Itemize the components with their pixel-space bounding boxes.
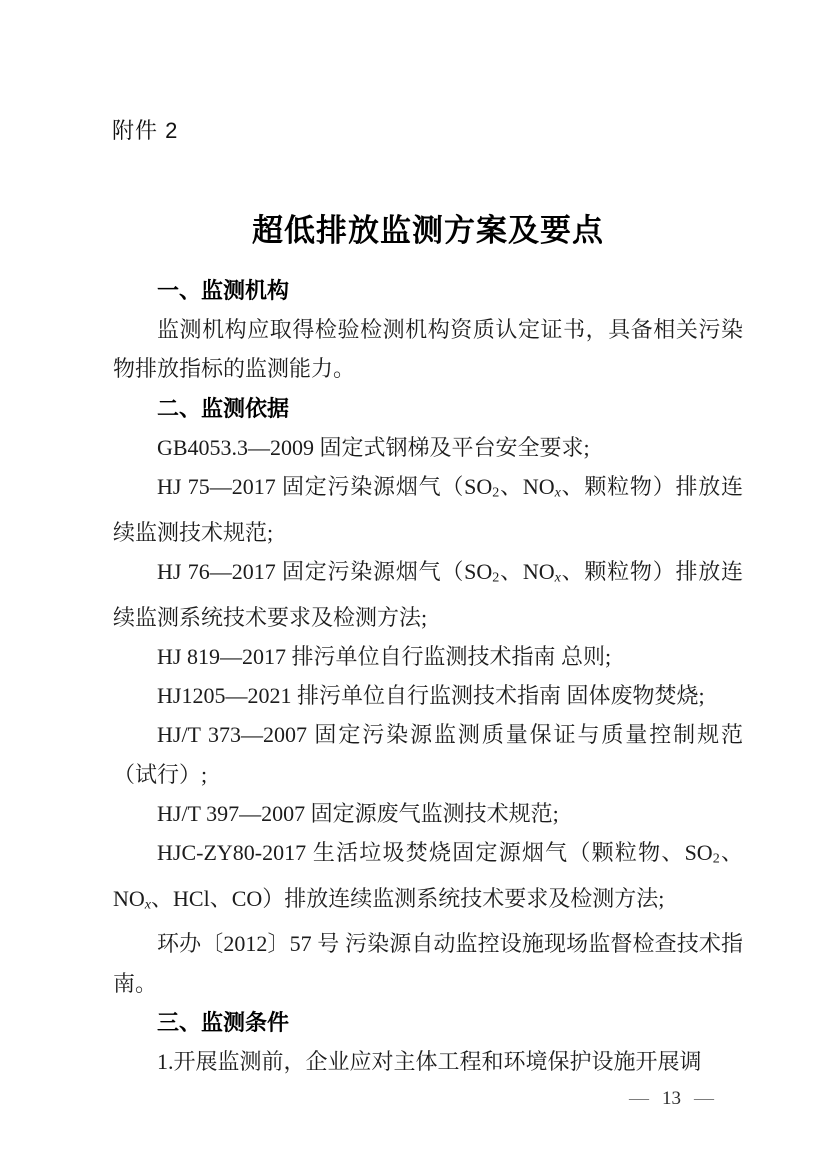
paragraph: 监测机构应取得检验检测机构资质认定证书，具备相关污染物排放指标的监测能力。 (113, 310, 743, 388)
page-number-dash-right: — (694, 1087, 714, 1110)
attachment-label: 附件 2 (112, 114, 178, 145)
page-number-dash-left: — (629, 1087, 649, 1110)
paragraph: HJ 76—2017 固定污染源烟气（SO2、NOx、颗粒物）排放连续监测系统技… (113, 552, 743, 637)
paragraph: HJ1205—2021 排污单位自行监测技术指南 固体废物焚烧; (113, 676, 743, 715)
section-heading: 二、监测依据 (113, 389, 743, 428)
page-title: 超低排放监测方案及要点 (98, 205, 758, 250)
paragraph: HJ 819—2017 排污单位自行监测技术指南 总则; (113, 637, 743, 676)
paragraph: 1.开展监测前，企业应对主体工程和环境保护设施开展调 (113, 1042, 743, 1081)
paragraph: HJ 75—2017 固定污染源烟气（SO2、NOx、颗粒物）排放连续监测技术规… (113, 467, 743, 552)
section-heading: 三、监测条件 (113, 1003, 743, 1042)
paragraph: HJ/T 373—2007 固定污染源监测质量保证与质量控制规范（试行）; (113, 715, 743, 793)
page-number: — 13 — (629, 1087, 714, 1110)
paragraph: 环办〔2012〕57 号 污染源自动监控设施现场监督检查技术指南。 (113, 924, 743, 1002)
document-body: 一、监测机构监测机构应取得检验检测机构资质认定证书，具备相关污染物排放指标的监测… (113, 271, 743, 1081)
page-number-value: 13 (662, 1088, 681, 1110)
document-page: 附件 2 超低排放监测方案及要点 一、监测机构监测机构应取得检验检测机构资质认定… (0, 0, 826, 1169)
paragraph: HJC-ZY80-2017 生活垃圾焚烧固定源烟气（颗粒物、SO2、NOx、HC… (113, 833, 743, 924)
section-heading: 一、监测机构 (113, 271, 743, 310)
paragraph: HJ/T 397—2007 固定源废气监测技术规范; (113, 794, 743, 833)
paragraph: GB4053.3—2009 固定式钢梯及平台安全要求; (113, 428, 743, 467)
